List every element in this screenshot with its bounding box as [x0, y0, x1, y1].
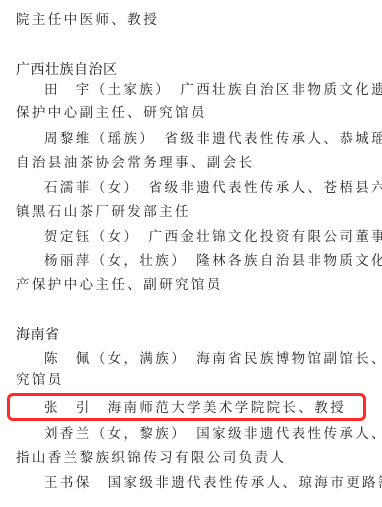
entry-line: 指山香兰黎族织锦传习有限公司负责人	[16, 448, 370, 468]
highlighted-entry-line: 张 引 海南师范大学美术学院院长、教授	[44, 398, 374, 418]
entry-line: 究馆员	[16, 370, 370, 390]
section-heading-hainan: 海南省	[16, 325, 370, 345]
entry-line: 镇黑石山茶厂研发部主任	[16, 202, 370, 222]
entry-line: 保护中心副主任、研究馆员	[16, 103, 370, 123]
section-heading-guangxi: 广西壮族自治区	[16, 60, 370, 80]
entry-line: 陈 佩（女，满族） 海南省民族博物馆副馆长、研	[44, 349, 374, 369]
entry-line: 自治县油茶协会常务理事、副会长	[16, 153, 370, 173]
entry-line: 贺定钰（女） 广西金壮锦文化投资有限公司董事长	[44, 227, 374, 247]
text-line: 院主任中医师、教授	[16, 10, 370, 30]
entry-line: 周黎维（瑶族） 省级非遗代表性传承人、恭城瑶族	[44, 129, 374, 149]
entry-line: 杨丽萍（女，壮族） 隆林各族自治县非物质文化遗	[44, 251, 374, 271]
entry-line: 王书保 国家级非遗代表性传承人、琼海市更路簿博	[44, 473, 374, 493]
entry-line: 石濡菲（女） 省级非遗代表性传承人、苍梧县六堡	[44, 178, 374, 198]
entry-line: 田 宇（土家族） 广西壮族自治区非物质文化遗产	[44, 80, 374, 100]
entry-line: 产保护中心主任、副研究馆员	[16, 275, 370, 295]
entry-line: 刘香兰（女，黎族） 国家级非遗代表性传承人、五	[44, 424, 374, 444]
